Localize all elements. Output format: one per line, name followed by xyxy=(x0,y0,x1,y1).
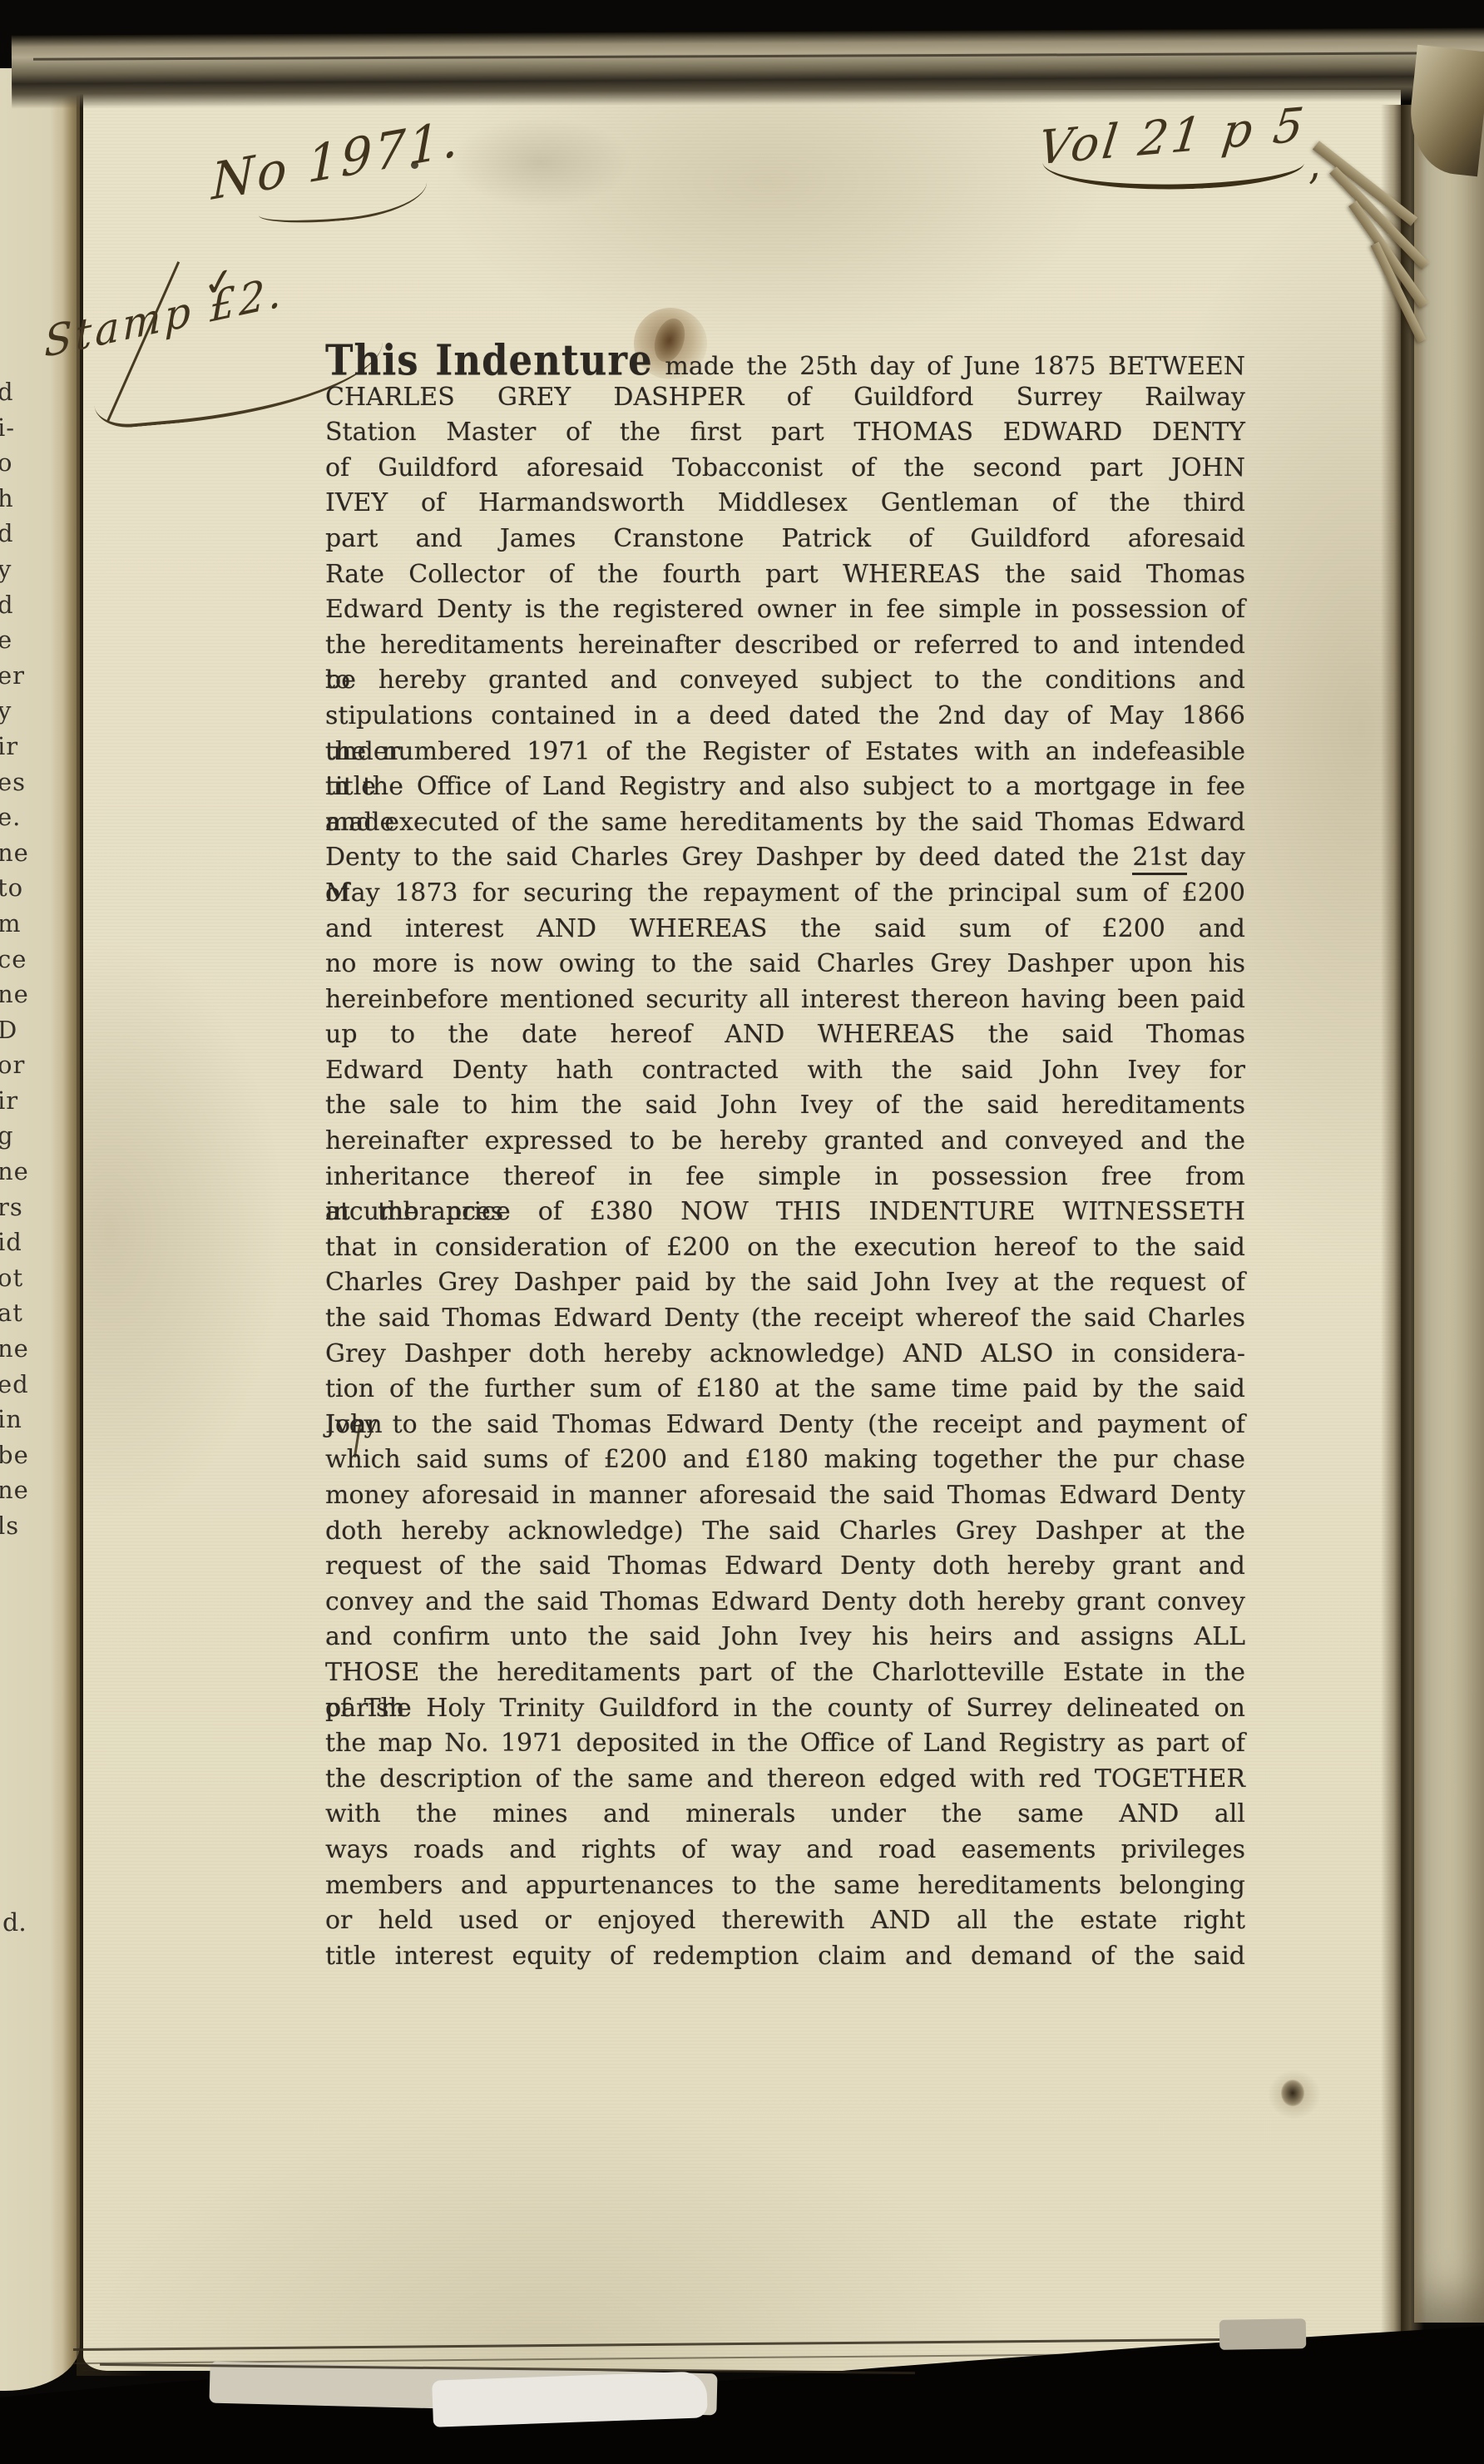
text-line: IVEY of Harmandsworth Middlesex Gentlema… xyxy=(325,486,1245,522)
margin-fragment: h xyxy=(0,481,38,517)
margin-fragment: e. xyxy=(0,799,38,835)
margin-fragment: ot xyxy=(0,1260,38,1296)
margin-fragment: m xyxy=(0,906,38,942)
text-line: Rate Collector of the fourth part WHEREA… xyxy=(325,557,1245,593)
text-line: inheritance thereof in fee simple in pos… xyxy=(325,1160,1245,1195)
underlined-phrase: 21st xyxy=(1132,843,1187,875)
text-line: and interest AND WHEREAS the said sum of… xyxy=(325,912,1245,948)
protruding-page-sliver xyxy=(432,2371,708,2427)
text-line: doth hereby acknowledge) The said Charle… xyxy=(325,1514,1245,1550)
text-line: Charles Grey Dashper paid by the said Jo… xyxy=(325,1265,1245,1301)
text-line: in the Office of Land Registry and also … xyxy=(325,769,1245,805)
opening-phrase: This Indenture xyxy=(325,341,653,381)
text-line: part and James Cranstone Patrick of Guil… xyxy=(325,522,1245,557)
text-line: This Indenture made the 25th day of June… xyxy=(325,344,1245,380)
margin-fragment: o xyxy=(0,445,38,481)
margin-fragment: in xyxy=(0,1402,38,1437)
text-line: the map No. 1971 deposited in the Office… xyxy=(325,1726,1245,1762)
text-line: Edward Denty hath contracted with the sa… xyxy=(325,1053,1245,1089)
margin-fragment: d xyxy=(0,516,38,552)
text-line: convey and the said Thomas Edward Denty … xyxy=(325,1585,1245,1620)
text-line: or held used or enjoyed therewith AND al… xyxy=(325,1903,1245,1939)
margin-fragment: ne xyxy=(0,1154,38,1190)
text-line: May 1873 for securing the repayment of t… xyxy=(325,876,1245,912)
margin-fragment: ne xyxy=(0,835,38,871)
text-line: Edward Denty is the registered owner in … xyxy=(325,592,1245,628)
text-line: Denty to the said Charles Grey Dashper b… xyxy=(325,840,1245,876)
text-line: up to the date hereof AND WHEREAS the sa… xyxy=(325,1017,1245,1053)
deed-body-text: This Indenture made the 25th day of June… xyxy=(325,344,1245,1974)
margin-fragment: rs xyxy=(0,1190,38,1225)
margin-text-fragments: di-ohdydeeryirese.netomceneDorirgnersido… xyxy=(2,374,38,1544)
text-line: Station Master of the first part THOMAS … xyxy=(325,415,1245,451)
book-scan: di-ohdydeeryirese.netomceneDorirgnersido… xyxy=(0,0,1484,2464)
text-line: Grey Dashper doth hereby acknowledge) AN… xyxy=(325,1337,1245,1373)
text-line: the hereditaments hereinafter described … xyxy=(325,628,1245,664)
margin-fragment: y xyxy=(0,552,38,587)
margin-fragment: g xyxy=(0,1118,38,1154)
margin-fragment: i- xyxy=(0,410,38,446)
margin-fragment: e xyxy=(0,622,38,658)
text-line: the numbered 1971 of the Register of Est… xyxy=(325,735,1245,770)
margin-fragment: to xyxy=(0,870,38,906)
text-line: no more is now owing to the said Charles… xyxy=(325,947,1245,982)
page-top-edge xyxy=(12,27,1484,108)
text-line: title interest equity of redemption clai… xyxy=(325,1939,1245,1975)
text-line: which said sums of £200 and £180 making … xyxy=(325,1442,1245,1478)
text-line: of Guildford aforesaid Tobacconist of th… xyxy=(325,451,1245,487)
margin-fragment: ir xyxy=(0,729,38,764)
text-line: the sale to him the said John Ivey of th… xyxy=(325,1088,1245,1124)
margin-fragment: or xyxy=(0,1047,38,1083)
underlying-page-edge xyxy=(1414,52,1484,2323)
margin-fragment: d xyxy=(0,374,38,410)
text-line: CHARLES GREY DASHPER of Guildford Surrey… xyxy=(325,380,1245,416)
text-line: Ivey to the said Thomas Edward Denty (th… xyxy=(325,1408,1245,1443)
text-line: ways roads and rights of way and road ea… xyxy=(325,1833,1245,1868)
margin-fragment: d xyxy=(0,587,38,623)
page-crease xyxy=(1381,105,1424,2351)
margin-fragment: ne xyxy=(0,977,38,1012)
margin-fragment: D xyxy=(0,1012,38,1048)
text-line: and confirm unto the said John Ivey his … xyxy=(325,1620,1245,1655)
margin-fragment: ce xyxy=(0,942,38,977)
text-line: that in consideration of £200 on the exe… xyxy=(325,1230,1245,1266)
text-line: of The Holy Trinity Guildford in the cou… xyxy=(325,1691,1245,1727)
text-line: money aforesaid in manner aforesaid the … xyxy=(325,1478,1245,1514)
margin-fragment: ls xyxy=(0,1508,38,1544)
text-line: tion of the further sum of £180 at the s… xyxy=(325,1372,1245,1408)
text-line: the said Thomas Edward Denty (the receip… xyxy=(325,1301,1245,1337)
text-line: stipulations contained in a deed dated t… xyxy=(325,699,1245,735)
text-line: members and appurtenances to the same he… xyxy=(325,1868,1245,1904)
text-line: request of the said Thomas Edward Denty … xyxy=(325,1549,1245,1585)
margin-fragment-bottom: d. xyxy=(2,1908,27,1937)
text-line: and executed of the same hereditaments b… xyxy=(325,805,1245,841)
text-line: hereinafter expressed to be hereby grant… xyxy=(325,1124,1245,1160)
text-line: with the mines and minerals under the sa… xyxy=(325,1797,1245,1833)
margin-fragment: at xyxy=(0,1295,38,1331)
text-line: the description of the same and thereon … xyxy=(325,1762,1245,1798)
margin-fragment: id xyxy=(0,1225,38,1260)
margin-fragment: ir xyxy=(0,1083,38,1119)
margin-fragment: ed xyxy=(0,1367,38,1403)
margin-fragment: y xyxy=(0,693,38,729)
text-line: be hereby granted and conveyed subject t… xyxy=(325,663,1245,699)
smudge-mark xyxy=(449,116,632,208)
ink-blot xyxy=(1281,2080,1304,2106)
text-line: hereinbefore mentioned security all inte… xyxy=(325,982,1245,1018)
margin-fragment: er xyxy=(0,658,38,694)
margin-fragment: es xyxy=(0,764,38,800)
margin-fragment: be xyxy=(0,1437,38,1473)
handwritten-checkmark: ✓ xyxy=(200,258,238,307)
margin-fragment: ne xyxy=(0,1472,38,1508)
text-line: THOSE the hereditaments part of the Char… xyxy=(325,1655,1245,1691)
margin-fragment: ne xyxy=(0,1331,38,1367)
text-line: at the price of £380 NOW THIS INDENTURE … xyxy=(325,1195,1245,1230)
protruding-page-sliver xyxy=(1219,2318,1307,2350)
